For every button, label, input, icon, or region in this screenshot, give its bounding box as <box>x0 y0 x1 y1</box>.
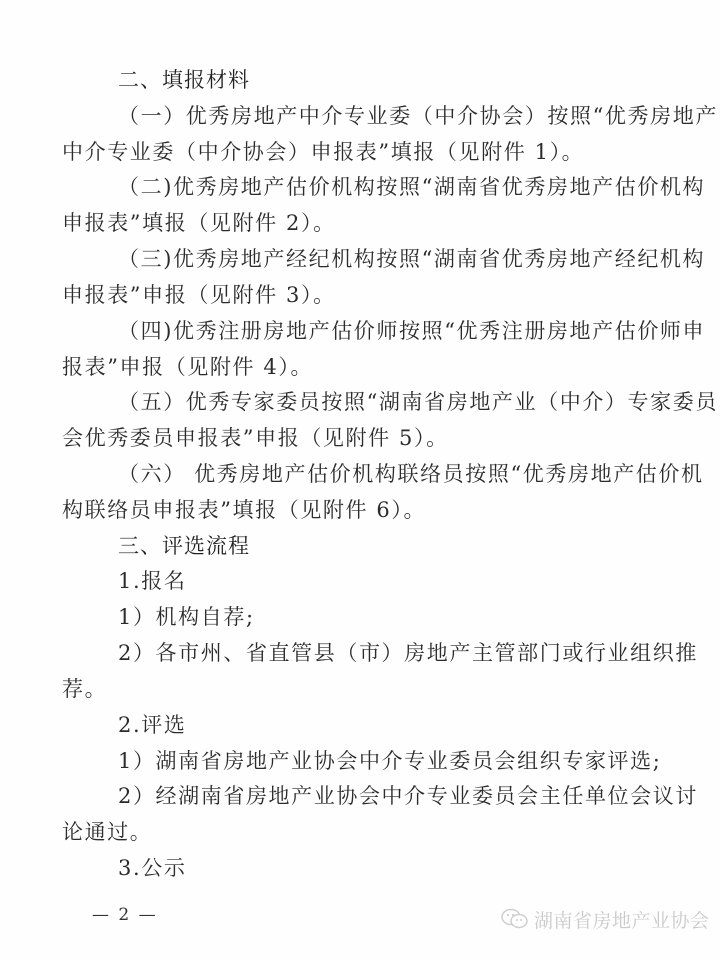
list-item: 2.评选 <box>118 711 186 739</box>
section-heading-process: 三、评选流程 <box>118 532 250 560</box>
paragraph-line: 会优秀委员申报表”申报（见附件 5）。 <box>62 424 449 452</box>
paragraph-line: （三)优秀房地产经纪机构按照“湖南省优秀房地产经纪机构 <box>118 245 705 273</box>
watermark: 湖南省房地产业协会 <box>500 906 710 932</box>
paragraph-line: （六） 优秀房地产估价机构联络员按照“优秀房地产估价机 <box>118 460 704 488</box>
paragraph-line: （五）优秀专家委员按照“湖南省房地产业（中介）专家委员 <box>118 388 718 416</box>
paragraph-line: 论通过。 <box>62 818 152 846</box>
list-item: 1.报名 <box>118 567 186 595</box>
list-item: 2）经湖南省房地产业协会中介专业委员会主任单位会议讨 <box>118 782 698 810</box>
list-item: 1）湖南省房地产业协会中介专业委员会组织专家评选; <box>118 747 661 775</box>
paragraph-line: 中介专业委（中介协会）申报表”填报（见附件 1）。 <box>62 138 584 166</box>
paragraph-line: 申报表”填报（见附件 2）。 <box>62 209 336 237</box>
paragraph-line: 报表”申报（见附件 4）。 <box>62 353 313 381</box>
list-item: 2）各市州、省直管县（市）房地产主管部门或行业组织推 <box>118 639 698 667</box>
list-item: 3.公示 <box>118 854 186 882</box>
document-page: 二、填报材料 （一）优秀房地产中介专业委（中介协会）按照“优秀房地产 中介专业委… <box>0 0 720 960</box>
paragraph-line: （四)优秀注册房地产估价师按照“优秀注册房地产估价师申 <box>118 317 705 345</box>
paragraph-line: （一）优秀房地产中介专业委（中介协会）按照“优秀房地产 <box>118 102 718 130</box>
list-item: 1）机构自荐; <box>118 603 255 631</box>
section-heading-materials: 二、填报材料 <box>118 66 250 94</box>
page-number: — 2 — <box>92 903 158 927</box>
watermark-text: 湖南省房地产业协会 <box>534 906 710 933</box>
wechat-icon <box>500 907 530 931</box>
paragraph-line: 构联络员申报表”填报（见附件 6）。 <box>62 496 426 524</box>
paragraph-line: 申报表”申报（见附件 3）。 <box>62 281 336 309</box>
paragraph-line: 荐。 <box>62 675 107 703</box>
paragraph-line: （二)优秀房地产估价机构按照“湖南省优秀房地产估价机构 <box>118 173 705 201</box>
